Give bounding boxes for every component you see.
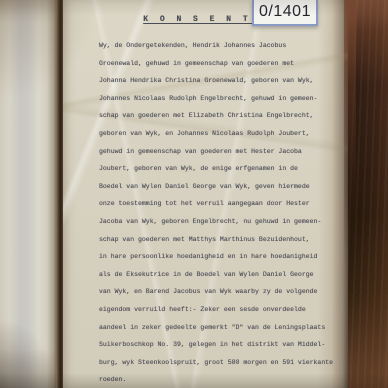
text-line: Jacoba van Wyk, geboren Engelbrecht, nu … <box>99 213 349 231</box>
text-line: van Wyk, en Barend Jacobus van Wyk waarb… <box>99 283 349 301</box>
text-line: roeden. <box>99 371 349 388</box>
text-line: gehuwd in gemeenschap van goederen met H… <box>99 143 349 161</box>
document-photo: K O N S E N T . Wy, de Ondergetekenden, … <box>0 0 388 388</box>
archive-number: 0/1401 <box>259 4 311 20</box>
text-line: als de Eksekutrice in de Boedel van Wyle… <box>99 266 349 284</box>
text-line: Suikerboschkop No. 39, gelegen in het di… <box>99 336 349 354</box>
text-line: Boedel van Wylen Daniel George van Wyk, … <box>99 178 349 196</box>
left-corner-shadow <box>0 318 57 388</box>
text-line: Johannes Nicolaas Rudolph Engelbrecht, g… <box>99 90 349 108</box>
text-line: in hare persoonlike hoedanigheid en in h… <box>99 248 349 266</box>
text-line: Wy, de Ondergetekenden, Hendrik Johannes… <box>99 37 349 55</box>
text-line: Joubert, geboren van Wyk, de enige erfge… <box>99 160 349 178</box>
text-line: schap van goederen met Elizabeth Christi… <box>99 107 349 125</box>
text-line: geboren van Wyk, en Johannes Nicolaas Ru… <box>99 125 349 143</box>
text-line: eigendom verruild heeft:- Zeker een sesd… <box>99 301 349 319</box>
text-line: burg, wyk Steenkoolspruit, groot 580 mor… <box>99 354 349 372</box>
archive-label: 0/1401 <box>252 0 318 26</box>
text-line: Johanna Hendrika Christina Groenewald, g… <box>99 72 349 90</box>
text-line: aandeel in zeker gedeelte gemerkt "D" va… <box>99 319 349 337</box>
text-line: onze toestemming tot het verruil aangega… <box>99 195 349 213</box>
document-body: Wy, de Ondergetekenden, Hendrik Johannes… <box>99 37 349 388</box>
text-line: Groenewald, gehuwd in gemeenschap van go… <box>99 55 349 73</box>
text-line: schap van goederen met Matthys Marthinus… <box>99 231 349 249</box>
